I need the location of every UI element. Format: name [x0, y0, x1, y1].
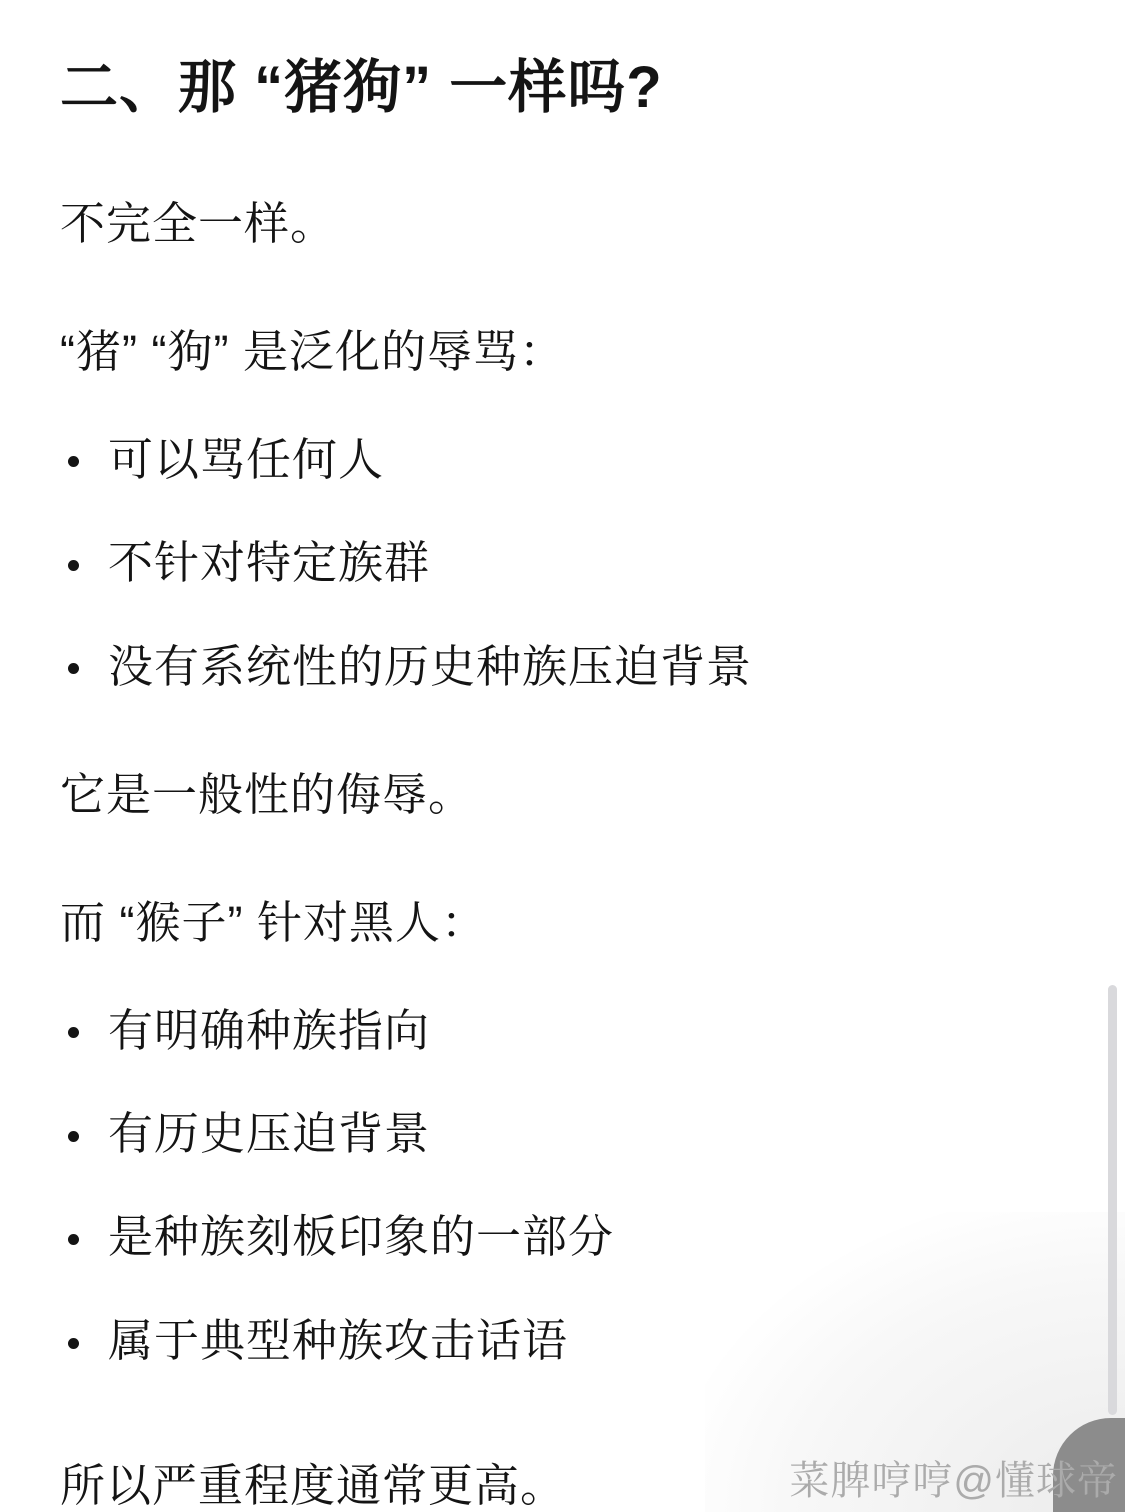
page: { "page": { "background_color": "#ffffff… [0, 0, 1125, 1512]
list-item: 不针对特定族群 [60, 538, 1085, 588]
list-item: 没有系统性的历史种族压迫背景 [60, 642, 1085, 692]
paragraph-intro: 不完全一样。 [60, 199, 1085, 249]
list-item-label: 没有系统性的历史种族压迫背景 [108, 642, 752, 692]
list-item: 可以骂任何人 [60, 435, 1085, 485]
list-item-label: 属于典型种族攻击话语 [108, 1316, 568, 1366]
list-item-label: 有明确种族指向 [108, 1006, 430, 1056]
paragraph-general-insult: 它是一般性的侮辱。 [60, 770, 1085, 820]
bullet-dot-icon [68, 456, 79, 467]
list-item: 有历史压迫背景 [60, 1109, 1085, 1159]
bullet-dot-icon [68, 663, 79, 674]
bullet-list-racial-slur: 有明确种族指向 有历史压迫背景 是种族刻板印象的一部分 属于典型种族攻击话语 [60, 1006, 1085, 1367]
bullet-dot-icon [68, 1338, 79, 1349]
list-item: 是种族刻板印象的一部分 [60, 1212, 1085, 1262]
bullet-dot-icon [68, 560, 79, 571]
bullet-dot-icon [68, 1234, 79, 1245]
list-item-label: 有历史压迫背景 [108, 1109, 430, 1159]
bullet-dot-icon [68, 1131, 79, 1142]
list-item: 有明确种族指向 [60, 1006, 1085, 1056]
list-item-label: 可以骂任何人 [108, 435, 384, 485]
list-item: 属于典型种族攻击话语 [60, 1316, 1085, 1366]
list-item-label: 是种族刻板印象的一部分 [108, 1212, 614, 1262]
paragraph-monkey-lead: 而 “猴子” 针对黑人： [60, 898, 1085, 948]
scrollbar-thumb[interactable] [1108, 985, 1117, 1415]
watermark-text: 菜脾哼哼@懂球帝 [789, 1449, 1118, 1506]
bullet-dot-icon [68, 1027, 79, 1038]
list-item-label: 不针对特定族群 [108, 538, 430, 588]
paragraph-pig-dog-lead: “猪” “狗” 是泛化的辱骂： [60, 327, 1085, 377]
bullet-list-generic-insult: 可以骂任何人 不针对特定族群 没有系统性的历史种族压迫背景 [60, 435, 1085, 692]
section-heading: 二、那 “猪狗” 一样吗? [60, 56, 1085, 121]
article-body: 二、那 “猪狗” 一样吗? 不完全一样。 “猪” “狗” 是泛化的辱骂： 可以骂… [0, 56, 1125, 1512]
